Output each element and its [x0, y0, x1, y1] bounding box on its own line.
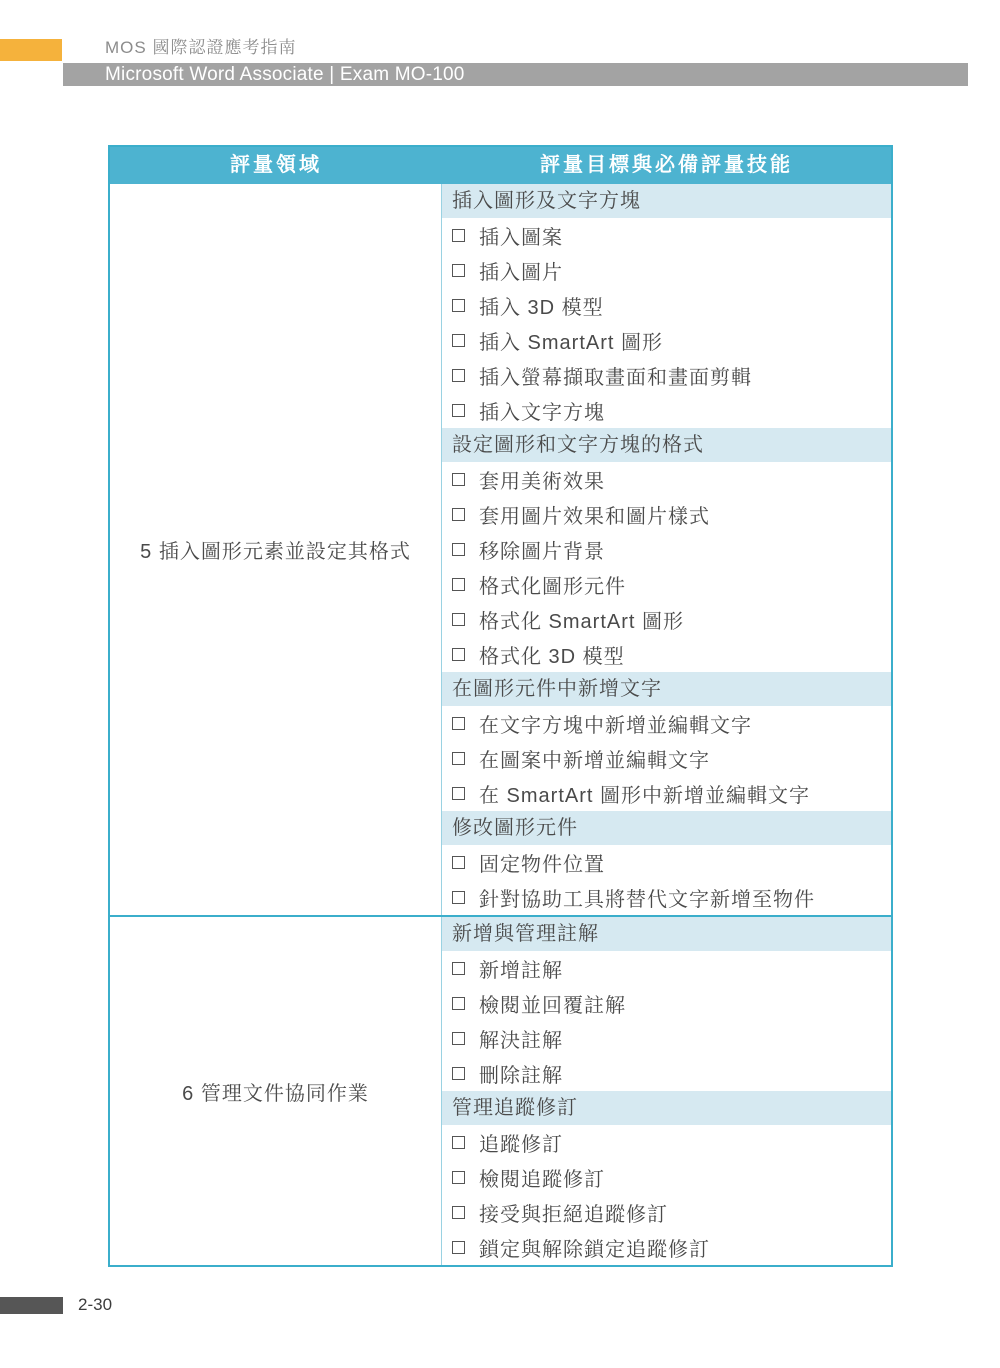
skill-item: 刪除註解 [442, 1056, 891, 1091]
assessment-row: 5 插入圖形元素並設定其格式插入圖形及文字方塊插入圖案插入圖片插入 3D 模型插… [110, 184, 891, 915]
assessment-area-cell: 5 插入圖形元素並設定其格式 [110, 184, 442, 915]
checkbox-icon [452, 648, 465, 661]
checkbox-icon [452, 543, 465, 556]
checkbox-icon [452, 787, 465, 800]
objective-group-header: 修改圖形元件 [442, 811, 891, 845]
checkbox-icon [452, 752, 465, 765]
orange-accent-block [0, 39, 62, 61]
skill-item: 套用美術效果 [442, 462, 891, 497]
skill-item: 新增註解 [442, 951, 891, 986]
skill-item: 套用圖片效果和圖片樣式 [442, 497, 891, 532]
skill-item-label: 解決註解 [479, 1024, 563, 1053]
book-page: MOS 國際認證應考指南 Microsoft Word Associate | … [0, 0, 1000, 1368]
skill-item: 插入文字方塊 [442, 393, 891, 428]
checkbox-icon [452, 1171, 465, 1184]
skill-item-label: 套用美術效果 [479, 465, 605, 494]
skill-item: 插入圖案 [442, 218, 891, 253]
assessment-table: 評量領域 評量目標與必備評量技能 5 插入圖形元素並設定其格式插入圖形及文字方塊… [108, 145, 893, 1267]
column-header-assessment-area: 評量領域 [110, 147, 442, 184]
exam-banner-title: Microsoft Word Associate | Exam MO-100 [105, 64, 465, 85]
checkbox-icon [452, 962, 465, 975]
checkbox-icon [452, 578, 465, 591]
skill-item-label: 在文字方塊中新增並編輯文字 [479, 709, 752, 738]
checkbox-icon [452, 473, 465, 486]
skill-item-label: 在圖案中新增並編輯文字 [479, 744, 710, 773]
skill-item: 插入 SmartArt 圖形 [442, 323, 891, 358]
table-header-row: 評量領域 評量目標與必備評量技能 [110, 147, 891, 184]
objective-group-header: 設定圖形和文字方塊的格式 [442, 428, 891, 462]
skill-item: 在文字方塊中新增並編輯文字 [442, 706, 891, 741]
skill-item-label: 格式化 SmartArt 圖形 [479, 605, 684, 634]
objective-group-header: 新增與管理註解 [442, 917, 891, 951]
skill-item: 固定物件位置 [442, 845, 891, 880]
skill-item-label: 固定物件位置 [479, 848, 605, 877]
checkbox-icon [452, 299, 465, 312]
skill-item-label: 移除圖片背景 [479, 535, 605, 564]
skill-item-label: 插入圖案 [479, 221, 563, 250]
skill-item-label: 新增註解 [479, 954, 563, 983]
skill-item-label: 檢閱並回覆註解 [479, 989, 626, 1018]
skill-item-label: 格式化圖形元件 [479, 570, 626, 599]
checkbox-icon [452, 264, 465, 277]
skill-item: 在 SmartArt 圖形中新增並編輯文字 [442, 776, 891, 811]
skill-item-label: 刪除註解 [479, 1059, 563, 1088]
skill-item-label: 追蹤修訂 [479, 1128, 563, 1157]
skill-item-label: 插入 3D 模型 [479, 291, 604, 320]
skill-item: 格式化 SmartArt 圖形 [442, 602, 891, 637]
checkbox-icon [452, 891, 465, 904]
skill-item: 格式化 3D 模型 [442, 637, 891, 672]
checkbox-icon [452, 997, 465, 1010]
skill-item: 檢閱追蹤修訂 [442, 1160, 891, 1195]
skill-item: 插入 3D 模型 [442, 288, 891, 323]
skill-item: 解決註解 [442, 1021, 891, 1056]
checkbox-icon [452, 856, 465, 869]
skill-item: 接受與拒絕追蹤修訂 [442, 1195, 891, 1230]
checkbox-icon [452, 1067, 465, 1080]
skill-item: 插入螢幕擷取畫面和畫面剪輯 [442, 358, 891, 393]
skill-item-label: 檢閱追蹤修訂 [479, 1163, 605, 1192]
assessment-area-cell: 6 管理文件協同作業 [110, 917, 442, 1265]
skill-item: 插入圖片 [442, 253, 891, 288]
checkbox-icon [452, 334, 465, 347]
skill-item-label: 針對協助工具將替代文字新增至物件 [479, 883, 815, 912]
skill-item-label: 插入圖片 [479, 256, 563, 285]
assessment-row: 6 管理文件協同作業新增與管理註解新增註解檢閱並回覆註解解決註解刪除註解管理追蹤… [110, 915, 891, 1265]
series-title: MOS 國際認證應考指南 [105, 36, 296, 60]
skill-item: 移除圖片背景 [442, 532, 891, 567]
skill-item: 追蹤修訂 [442, 1125, 891, 1160]
objective-group-header: 管理追蹤修訂 [442, 1091, 891, 1125]
skill-item-label: 套用圖片效果和圖片樣式 [479, 500, 710, 529]
checkbox-icon [452, 1032, 465, 1045]
objectives-cell: 插入圖形及文字方塊插入圖案插入圖片插入 3D 模型插入 SmartArt 圖形插… [442, 184, 891, 915]
footer-accent-block [0, 1297, 63, 1314]
checkbox-icon [452, 229, 465, 242]
checkbox-icon [452, 369, 465, 382]
skill-item: 針對協助工具將替代文字新增至物件 [442, 880, 891, 915]
skill-item: 在圖案中新增並編輯文字 [442, 741, 891, 776]
skill-item-label: 插入 SmartArt 圖形 [479, 326, 663, 355]
skill-item: 鎖定與解除鎖定追蹤修訂 [442, 1230, 891, 1265]
objective-group-header: 插入圖形及文字方塊 [442, 184, 891, 218]
checkbox-icon [452, 404, 465, 417]
skill-item-label: 鎖定與解除鎖定追蹤修訂 [479, 1233, 710, 1262]
skill-item-label: 插入螢幕擷取畫面和畫面剪輯 [479, 361, 752, 390]
skill-item-label: 格式化 3D 模型 [479, 640, 625, 669]
checkbox-icon [452, 1241, 465, 1254]
checkbox-icon [452, 613, 465, 626]
skill-item: 檢閱並回覆註解 [442, 986, 891, 1021]
checkbox-icon [452, 1206, 465, 1219]
skill-item: 格式化圖形元件 [442, 567, 891, 602]
exam-banner: Microsoft Word Associate | Exam MO-100 [63, 63, 968, 86]
checkbox-icon [452, 508, 465, 521]
skill-item-label: 插入文字方塊 [479, 396, 605, 425]
skill-item-label: 在 SmartArt 圖形中新增並編輯文字 [479, 779, 810, 808]
page-number: 2-30 [78, 1294, 112, 1316]
checkbox-icon [452, 1136, 465, 1149]
column-header-objectives-skills: 評量目標與必備評量技能 [442, 147, 891, 184]
checkbox-icon [452, 717, 465, 730]
objective-group-header: 在圖形元件中新增文字 [442, 672, 891, 706]
skill-item-label: 接受與拒絕追蹤修訂 [479, 1198, 668, 1227]
objectives-cell: 新增與管理註解新增註解檢閱並回覆註解解決註解刪除註解管理追蹤修訂追蹤修訂檢閱追蹤… [442, 917, 891, 1265]
table-body: 5 插入圖形元素並設定其格式插入圖形及文字方塊插入圖案插入圖片插入 3D 模型插… [110, 184, 891, 1265]
